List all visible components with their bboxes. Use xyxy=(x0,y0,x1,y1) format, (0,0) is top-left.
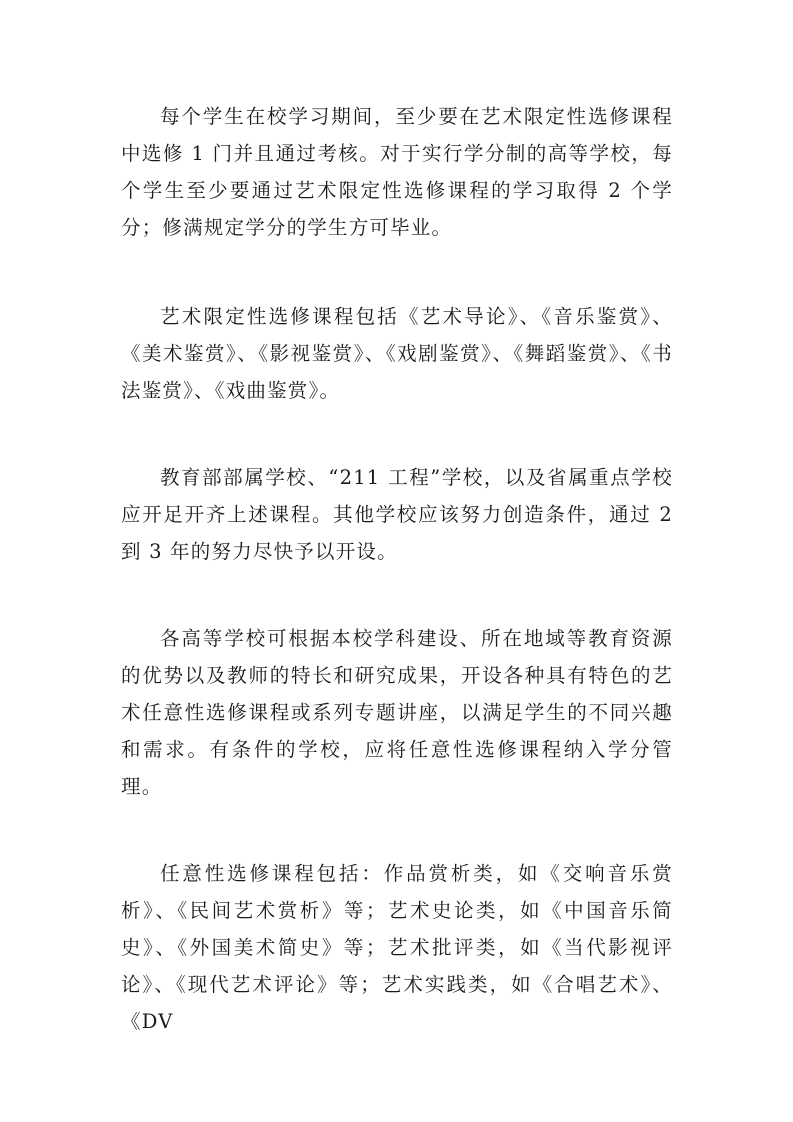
paragraph-school-implementation: 教育部部属学校、“211 工程”学校，以及省属重点学校应开足开齐上述课程。其他学… xyxy=(121,459,673,570)
paragraph-optional-elective-courses: 各高等学校可根据本校学科建设、所在地域等教育资源的优势以及教师的特长和研究成果，… xyxy=(121,620,673,805)
paragraph-graduation-credit-requirement: 每个学生在校学习期间，至少要在艺术限定性选修课程中选修 1 门并且通过考核。对于… xyxy=(121,98,673,246)
paragraph-optional-course-categories: 任意性选修课程包括：作品赏析类，如《交响音乐赏析》、《民间艺术赏析》等；艺术史论… xyxy=(121,855,673,1040)
document-page: 每个学生在校学习期间，至少要在艺术限定性选修课程中选修 1 门并且通过考核。对于… xyxy=(121,98,673,1088)
paragraph-restricted-elective-courses: 艺术限定性选修课程包括《艺术导论》、《音乐鉴赏》、《美术鉴赏》、《影视鉴赏》、《… xyxy=(121,298,673,409)
